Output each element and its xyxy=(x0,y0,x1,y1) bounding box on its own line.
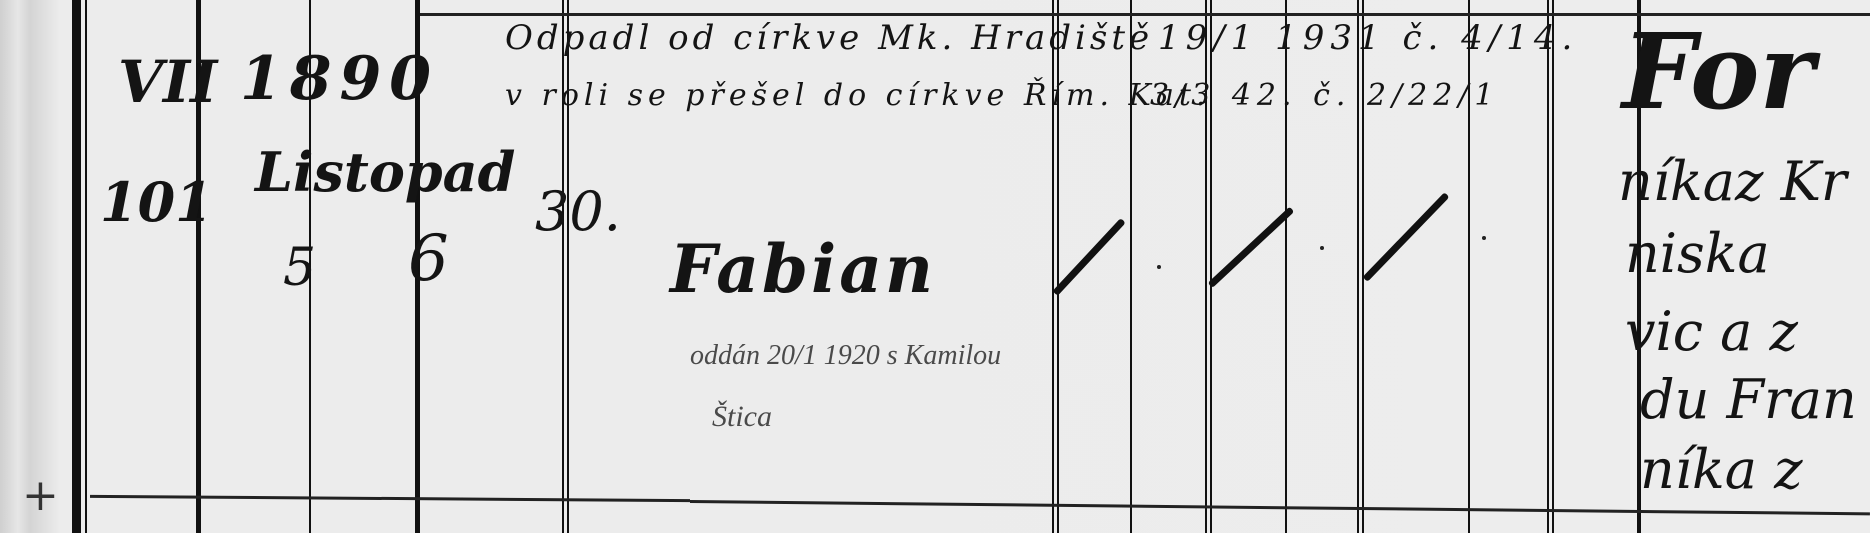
right-column-line-5: níka z xyxy=(1640,438,1803,501)
month: Listopad xyxy=(255,140,515,204)
ink-dot xyxy=(1320,246,1324,250)
margin-cross: + xyxy=(22,470,59,521)
note-line-1-date: 19/1 1931 č. 4/14. xyxy=(1158,18,1578,58)
register-page: + VII 101 1890 Listopad 5 6 30. Odpadl o… xyxy=(0,0,1870,533)
right-column-line-4: du Fran xyxy=(1640,368,1857,431)
baptism-day: 6 xyxy=(408,222,449,296)
volume-roman: VII xyxy=(118,48,217,116)
ruling-line xyxy=(1547,0,1549,533)
tick-mark xyxy=(1052,218,1125,296)
note-line-2-date: 3/3 42. č. 2/22/1 xyxy=(1150,78,1500,113)
note-line-2: v roli se přešel do církve Řím. Kat. xyxy=(505,78,1210,113)
ruling-line xyxy=(72,0,81,533)
year: 1890 xyxy=(240,44,439,114)
right-column-line-3: vic a z xyxy=(1625,300,1798,363)
tick-mark xyxy=(1208,207,1295,289)
tick-mark xyxy=(1362,192,1449,282)
ruling-line xyxy=(85,0,87,533)
ink-dot xyxy=(1157,265,1161,269)
birth-day: 5 xyxy=(283,238,316,298)
note-line-1: Odpadl od církve Mk. Hradiště xyxy=(505,18,1153,58)
entry-number: 101 xyxy=(100,170,213,234)
right-column-line-2: niska xyxy=(1625,222,1770,285)
given-name: Fabian xyxy=(670,230,936,308)
marriage-note-line-1: oddán 20/1 1920 s Kamilou xyxy=(690,340,1001,372)
right-column-line-1: níkaz Kr xyxy=(1618,150,1847,213)
right-column-heading: For xyxy=(1622,10,1814,133)
day-after-month: 30. xyxy=(535,180,621,243)
bottom-rule xyxy=(690,500,1870,515)
marriage-note-line-2: Štica xyxy=(712,400,772,434)
ruling-line xyxy=(1552,0,1554,533)
bottom-rule xyxy=(90,495,690,502)
ink-dot xyxy=(1482,236,1486,240)
